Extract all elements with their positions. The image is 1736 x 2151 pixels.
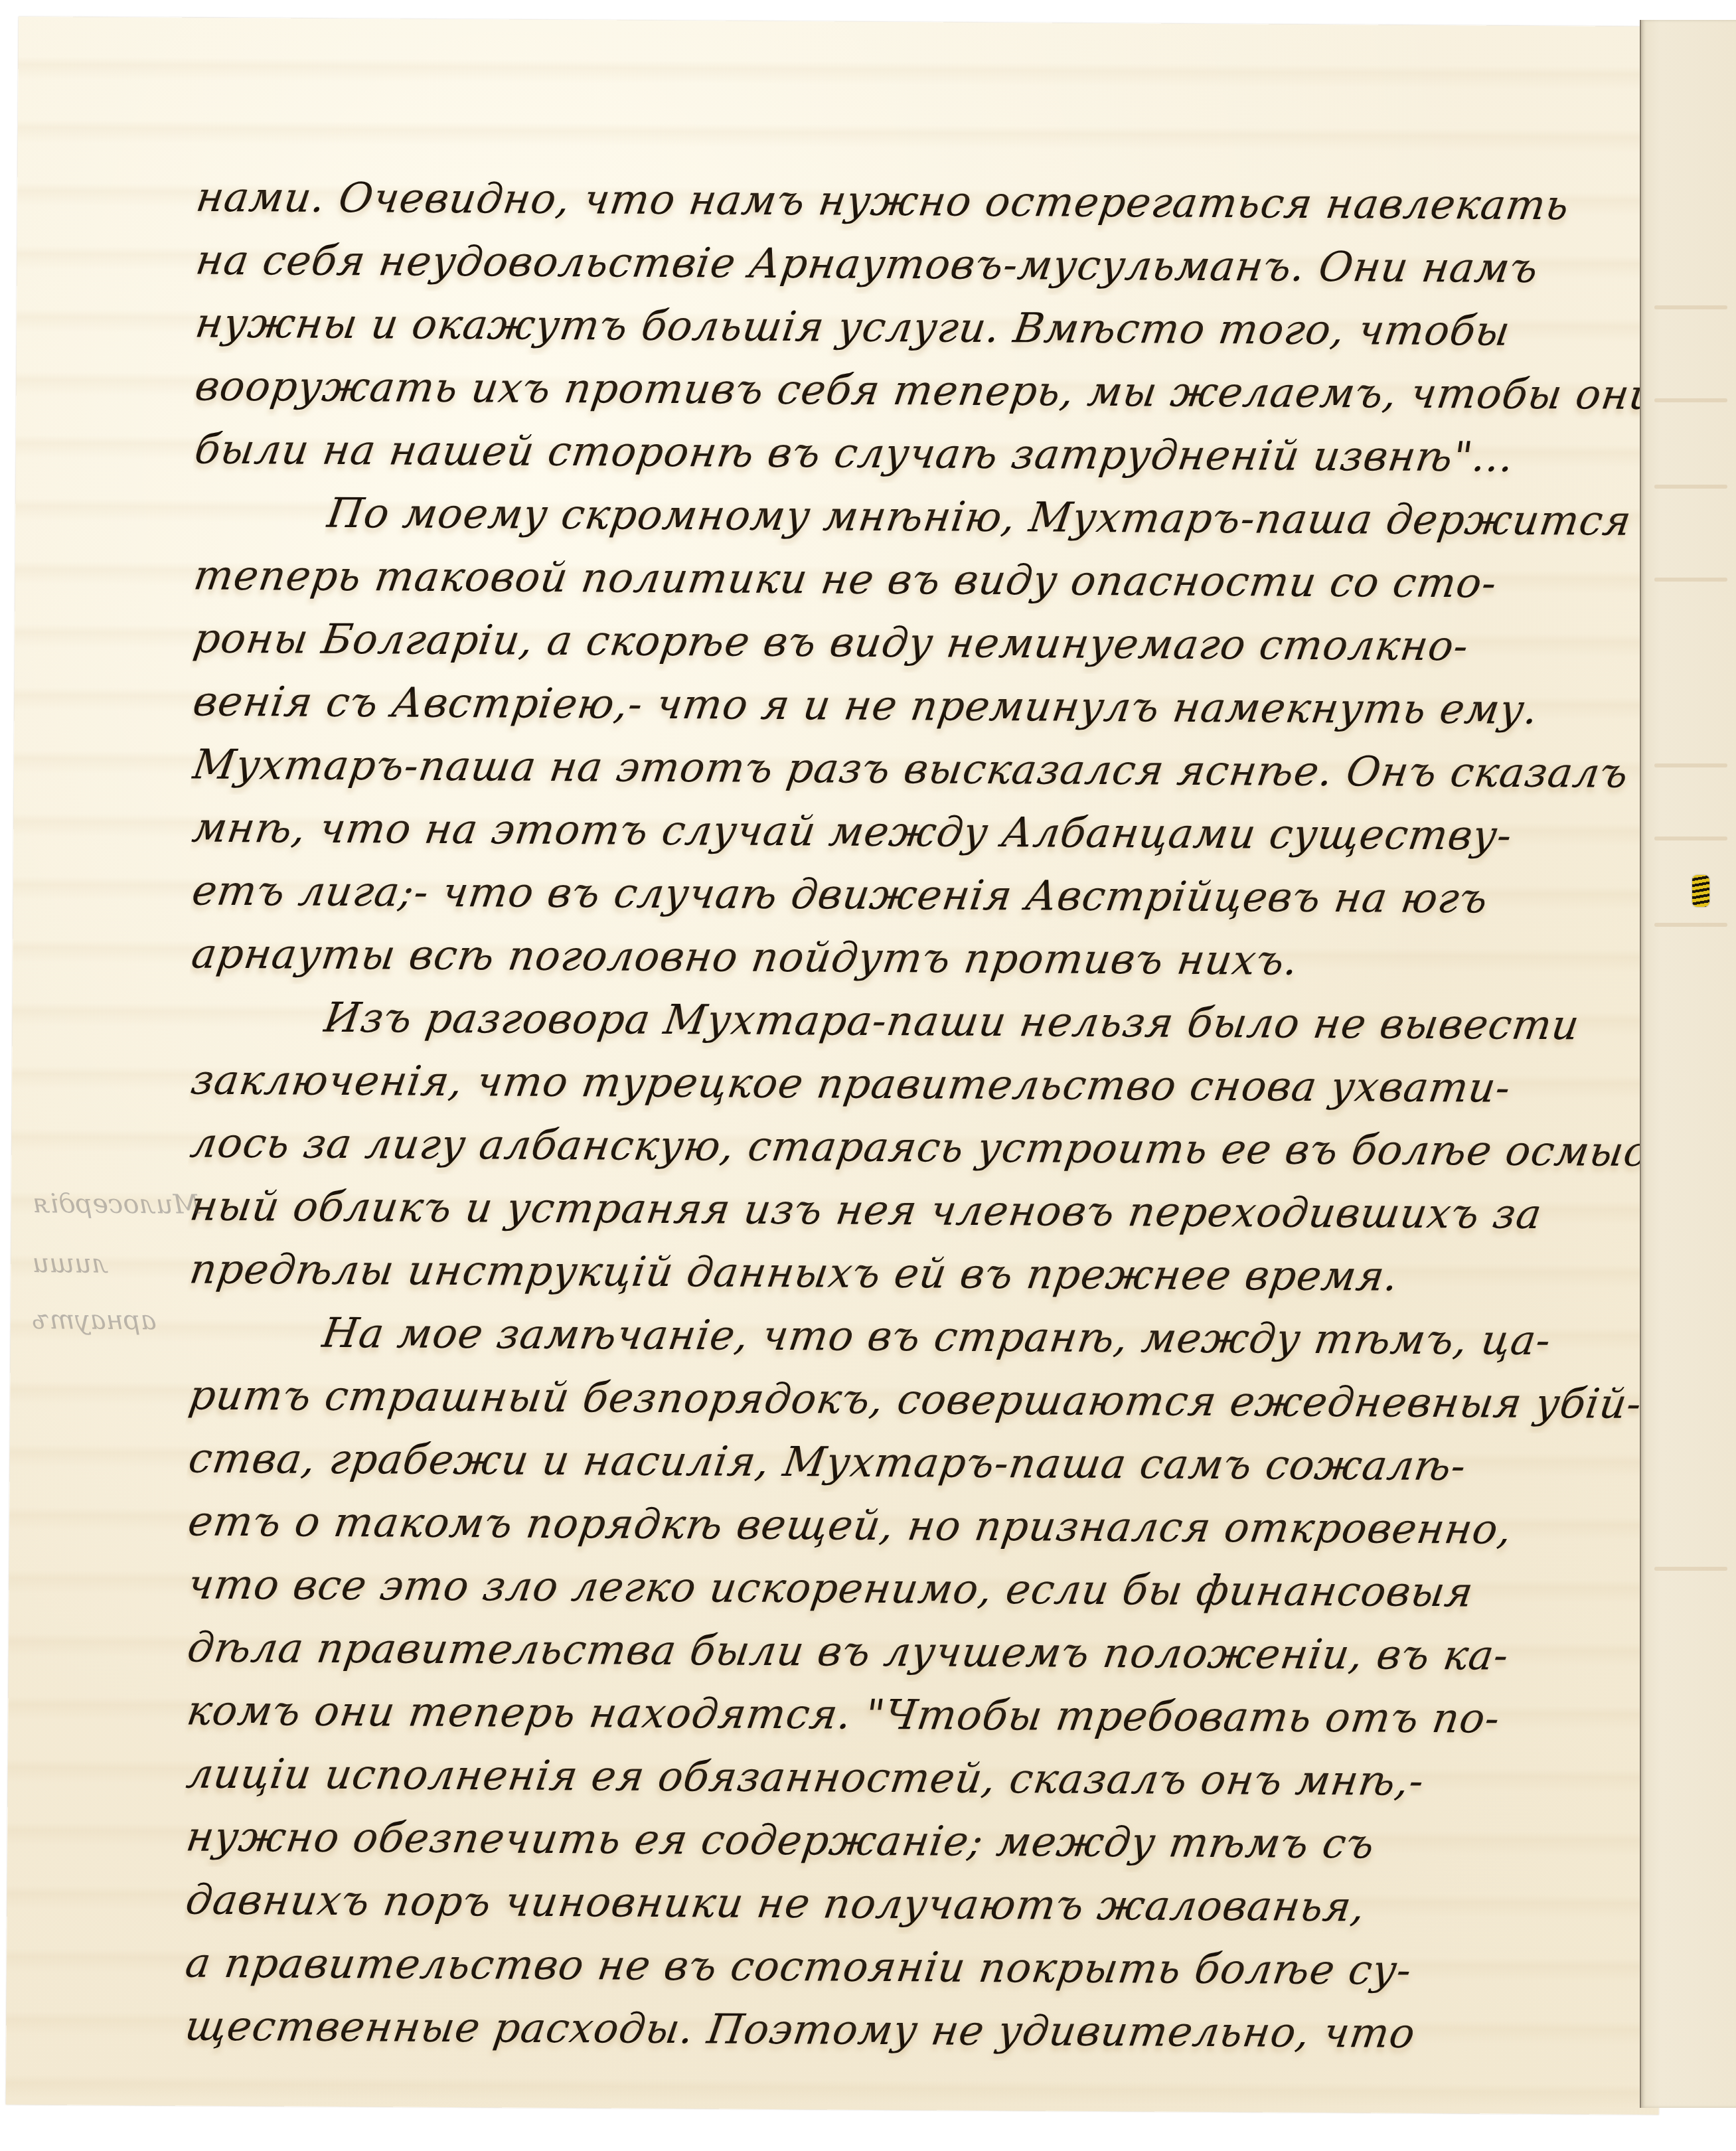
folded-second-leaf xyxy=(1640,20,1736,2108)
margin-bleed-through: Милосердіялишиарнаутъ xyxy=(6,17,1672,2114)
manuscript-page: нами. Очевидно, что намъ нужно остерегат… xyxy=(6,17,1672,2114)
bleed-through-text: лиши xyxy=(32,1248,108,1279)
bleed-through-text: Милосердія xyxy=(33,1188,200,1220)
bleed-through-text: арнаутъ xyxy=(32,1305,157,1336)
binding-thread-icon xyxy=(1692,875,1709,907)
